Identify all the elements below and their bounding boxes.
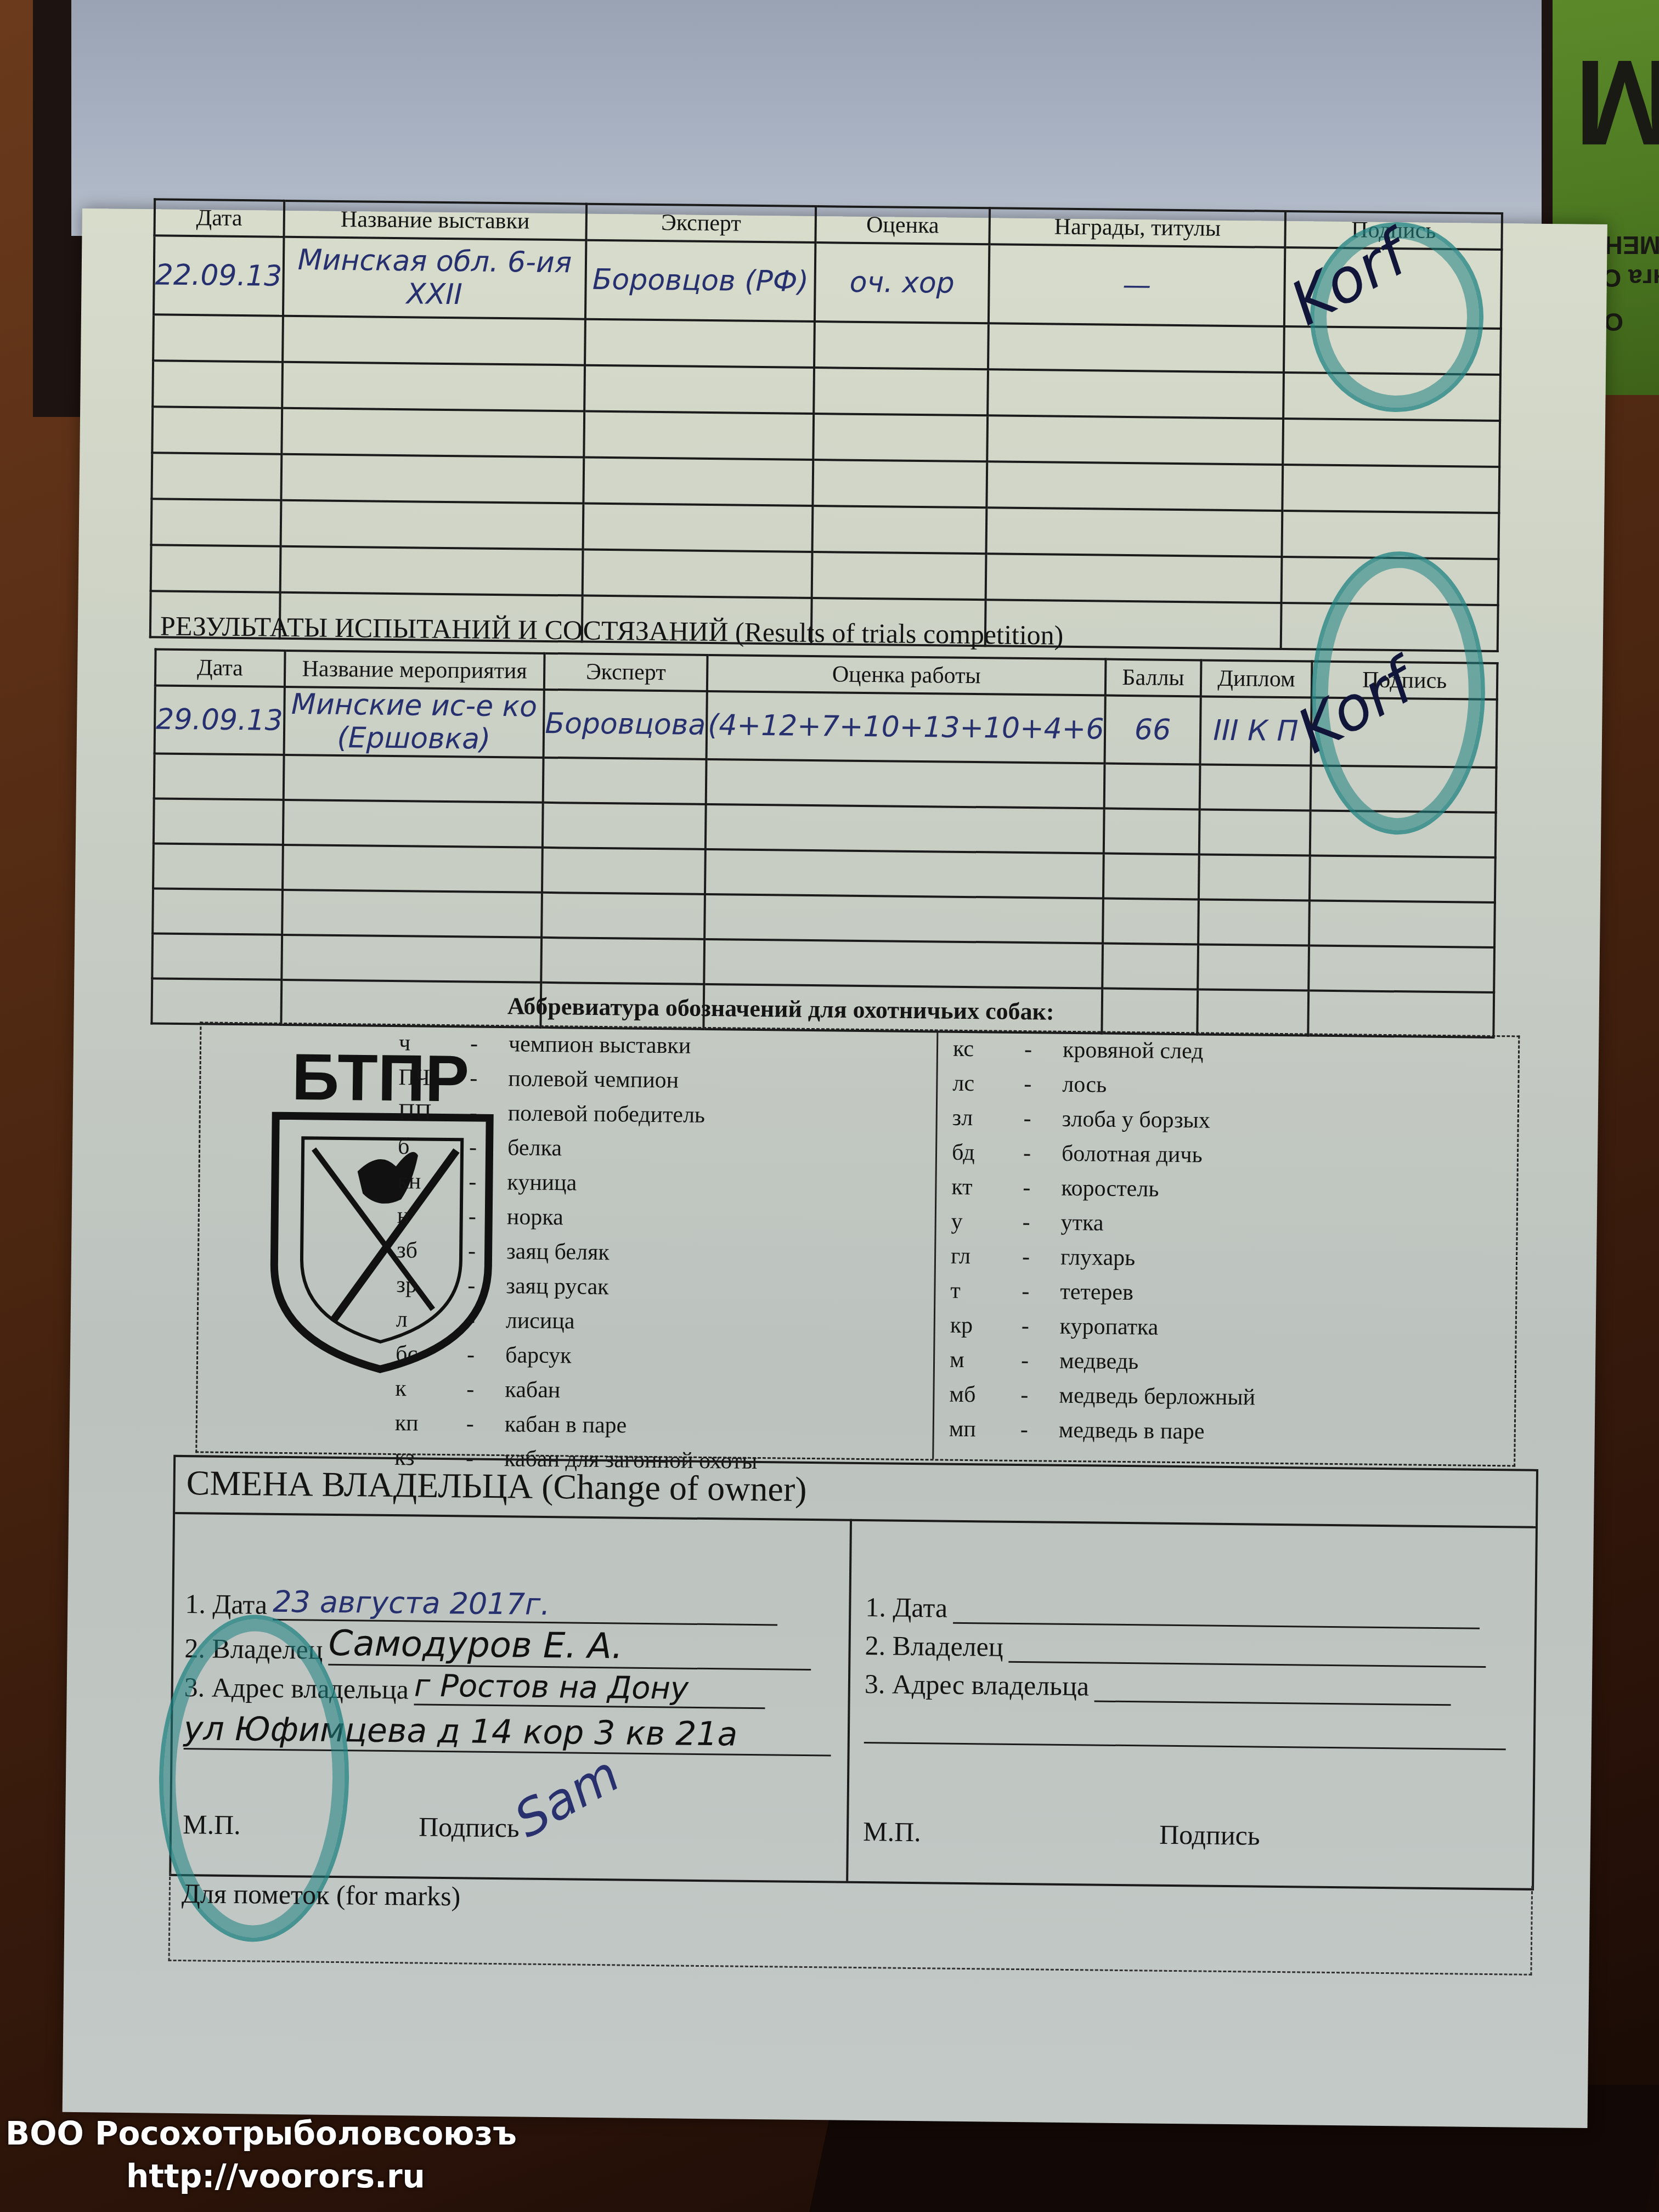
abbreviation-code: кн: [397, 1168, 469, 1195]
cell-date: [154, 798, 283, 844]
abbreviation-code: мп: [949, 1415, 1020, 1442]
cell-awards: [986, 461, 1283, 511]
cell-show-name: [281, 454, 584, 504]
abbreviation-item: у-утка: [951, 1204, 1257, 1242]
cell-date: 22.09.13: [154, 235, 284, 315]
right-signature-label: Подпись: [1159, 1819, 1260, 1852]
abbreviation-item: мп-медведь в паре: [949, 1412, 1255, 1449]
cell-event: [282, 890, 543, 938]
abbreviation-meaning: медведь: [1059, 1347, 1139, 1375]
cell-work-grade: [704, 894, 1103, 944]
abbreviation-meaning: тетерев: [1060, 1278, 1133, 1305]
dash: -: [1022, 1244, 1060, 1271]
col-work-grade: Оценка работы: [707, 655, 1106, 696]
dash: -: [467, 1341, 505, 1368]
abbreviation-item: зб-заяц беляк: [397, 1233, 760, 1271]
cell-points: [1102, 989, 1198, 1035]
abbreviation-item: лс-лось: [952, 1066, 1259, 1104]
cell-date: [153, 360, 282, 408]
left-signature-label: Подпись: [419, 1811, 520, 1844]
abbreviation-item: кн-куница: [397, 1164, 760, 1202]
cell-expert: [584, 411, 814, 460]
dash: -: [470, 1065, 508, 1092]
dash: -: [1022, 1209, 1060, 1236]
col-grade: Оценка: [816, 206, 990, 244]
cell-date: [151, 453, 281, 500]
divider: [175, 1512, 1536, 1528]
dash: -: [1022, 1313, 1060, 1340]
cell-show-name: [280, 546, 583, 596]
left-date-value: 23 августа 2017г.: [273, 1584, 778, 1626]
abbreviation-code: н: [397, 1203, 469, 1229]
abbreviation-code: к: [395, 1375, 466, 1402]
abbreviation-code: гл: [951, 1243, 1022, 1269]
cell-show-name: [282, 362, 585, 411]
abbreviation-meaning: барсук: [505, 1342, 572, 1369]
cell-date: [152, 933, 281, 979]
abbreviation-item: кт-коростель: [951, 1170, 1257, 1207]
dash: -: [468, 1238, 506, 1265]
right-date-value: [953, 1592, 1480, 1629]
abbreviation-item: бс-барсук: [396, 1336, 759, 1375]
abbreviation-meaning: лось: [1062, 1071, 1107, 1098]
abbreviation-item: кр-куропатка: [950, 1308, 1256, 1346]
dash: -: [1024, 1036, 1063, 1063]
abbreviation-code: мб: [949, 1381, 1020, 1408]
abbreviation-meaning: утка: [1060, 1209, 1103, 1236]
cell-signature: [1283, 419, 1500, 467]
cell-event: [283, 800, 543, 848]
abbreviation-code: зб: [397, 1237, 468, 1264]
cell-work-grade: [705, 849, 1104, 899]
abbreviation-item: гл-глухарь: [951, 1239, 1257, 1277]
cell-expert: [543, 803, 706, 849]
abbreviation-meaning: болотная дичь: [1062, 1140, 1203, 1168]
pedigree-document-page: Дата Название выставки Эксперт Оценка На…: [63, 208, 1607, 2128]
abbreviation-item: кп-кабан в паре: [395, 1406, 758, 1444]
cell-diploma: [1199, 809, 1311, 855]
abbreviation-code: т: [950, 1277, 1022, 1304]
cell-show-name: [281, 408, 584, 458]
dash: -: [470, 1030, 509, 1057]
col-diploma: Диплом: [1200, 660, 1312, 697]
abbreviation-code: зл: [952, 1104, 1023, 1131]
abbreviation-code: у: [951, 1208, 1023, 1235]
abbreviation-item: к-кабан: [395, 1371, 758, 1409]
cell-event: [283, 845, 543, 893]
left-address-line1: г Ростов на Дону: [414, 1668, 766, 1709]
dash: -: [466, 1376, 505, 1403]
abbreviation-item: л-лисица: [396, 1302, 759, 1340]
abbreviation-item: ПП-полевой победитель: [398, 1094, 761, 1133]
abbreviation-meaning: глухарь: [1060, 1244, 1136, 1271]
abbreviation-code: ч: [399, 1030, 470, 1057]
watermark: ВОО Росохотрыболовсоюзъ http://voorors.r…: [5, 2112, 517, 2198]
cell-date: [153, 843, 283, 889]
right-owner-field: 2. Владелец: [865, 1629, 1486, 1668]
abbreviation-code: м: [950, 1346, 1021, 1373]
abbreviation-meaning: куница: [507, 1169, 577, 1196]
cell-expert: Боровцов (РФ): [585, 240, 815, 321]
cell-event: [281, 980, 541, 1028]
abbreviation-item: зл-злоба у борзых: [952, 1101, 1258, 1138]
dash: -: [1020, 1417, 1059, 1443]
left-owner-value: Самодуров Е. А.: [328, 1623, 811, 1671]
abbreviation-meaning: заяц русак: [506, 1273, 609, 1300]
abbreviation-meaning: куропатка: [1060, 1313, 1159, 1340]
cell-grade: [814, 368, 988, 415]
dash: -: [1021, 1347, 1059, 1374]
cell-show-name: Минская обл. 6-ия XXII: [283, 237, 586, 319]
abbreviation-code: ПП: [398, 1099, 470, 1126]
abbreviation-meaning: коростель: [1061, 1175, 1159, 1202]
cell-grade: [814, 321, 989, 369]
cell-date: [151, 499, 281, 546]
abbreviation-meaning: полевой победитель: [508, 1100, 706, 1128]
cell-grade: оч. хор: [815, 242, 989, 323]
abbreviation-code: кр: [950, 1312, 1022, 1339]
cell-expert: [583, 504, 813, 552]
abbreviation-item: бд-болотная дичь: [952, 1135, 1258, 1173]
divider: [846, 1519, 852, 1881]
cell-date: [152, 407, 281, 454]
change-of-owner-title: СМЕНА ВЛАДЕЛЬЦА (Change of owner): [186, 1463, 807, 1510]
col-show-name: Название выставки: [284, 201, 586, 240]
cell-expert: [541, 938, 705, 984]
cell-date: [151, 978, 281, 1024]
abbreviation-code: кс: [953, 1035, 1024, 1062]
abbreviation-meaning: чемпион выставки: [509, 1031, 691, 1059]
cell-date: [154, 753, 284, 799]
cell-signature: [1283, 465, 1500, 513]
cell-diploma: [1199, 764, 1311, 810]
abbreviation-meaning: кровяной след: [1063, 1036, 1204, 1064]
cell-signature: [1310, 856, 1496, 903]
cell-awards: [987, 415, 1283, 465]
right-date-field: 1. Дата: [865, 1590, 1480, 1629]
abbreviation-code: зр: [396, 1272, 467, 1299]
abbreviation-item: ч-чемпион выставки: [399, 1025, 762, 1064]
cell-date: 29.09.13: [155, 685, 285, 754]
cell-grade: [812, 552, 986, 600]
dash: -: [467, 1272, 506, 1299]
cell-expert: [543, 758, 707, 804]
marks-section: Для пометок (for marks): [168, 1872, 1533, 1976]
cell-diploma: [1198, 854, 1310, 900]
dash: -: [467, 1307, 506, 1334]
abbreviation-meaning: белка: [507, 1135, 562, 1161]
cell-expert: [584, 365, 814, 414]
abbreviation-item: м-медведь: [950, 1342, 1256, 1380]
cell-grade: [813, 414, 988, 461]
cell-work-grade: [706, 759, 1105, 809]
abbreviation-code: б: [398, 1133, 469, 1160]
abbreviations-box: ч-чемпион выставкиПЧ-полевой чемпионПП-п…: [195, 1022, 1520, 1466]
col-event-name: Название мероприятия: [284, 651, 544, 690]
cell-show-name: [283, 316, 585, 365]
cell-grade: [812, 506, 987, 554]
abbreviation-code: ПЧ: [398, 1064, 470, 1091]
abbreviation-item: ПЧ-полевой чемпион: [398, 1060, 761, 1098]
cell-expert: [585, 319, 815, 368]
cell-signature: [1308, 990, 1494, 1037]
dash: -: [1022, 1278, 1060, 1305]
dash: -: [469, 1203, 507, 1230]
abbreviation-code: бд: [952, 1139, 1023, 1166]
cell-awards: [986, 507, 1282, 557]
cell-points: [1103, 899, 1198, 945]
abbreviation-meaning: кабан: [505, 1376, 560, 1403]
right-address-line1: [1094, 1669, 1452, 1706]
dash: -: [469, 1169, 507, 1195]
cell-work-grade: [706, 804, 1104, 854]
watermark-url: http://voorors.ru: [5, 2155, 517, 2198]
abbreviation-code: л: [396, 1306, 467, 1333]
abbreviation-meaning: норка: [507, 1204, 563, 1231]
dash: -: [1023, 1105, 1062, 1132]
abbreviations-left-column: ч-чемпион выставкиПЧ-полевой чемпионПП-п…: [394, 1025, 762, 1479]
dash: -: [1024, 1071, 1062, 1098]
abbreviation-item: кс-кровяной след: [953, 1031, 1259, 1069]
cell-diploma: [1198, 899, 1310, 945]
abbreviations-right-column: кс-кровяной следлс-лосьзл-злоба у борзых…: [949, 1031, 1259, 1449]
col-awards: Награды, титулы: [989, 208, 1285, 247]
cell-date: [153, 314, 283, 362]
dash: -: [469, 1134, 507, 1161]
right-address-line2-field: [864, 1711, 1506, 1750]
abbreviation-code: лс: [952, 1070, 1024, 1097]
signature-mark: Sam: [505, 1745, 629, 1849]
col-expert: Эксперт: [544, 653, 707, 691]
cell-diploma: [1198, 944, 1310, 990]
cell-points: 66: [1105, 696, 1201, 765]
cell-awards: [986, 554, 1282, 603]
cell-diploma: [1197, 989, 1309, 1035]
change-of-owner-section: СМЕНА ВЛАДЕЛЬЦА (Change of owner) 1. Дат…: [169, 1455, 1538, 1891]
cell-work-grade: (4+12+7+10+13+10+4+6: [707, 691, 1106, 764]
cell-awards: [988, 369, 1284, 419]
cell-show-name: [280, 500, 583, 550]
col-points: Баллы: [1105, 659, 1201, 697]
abbreviation-meaning: кабан в паре: [505, 1411, 627, 1438]
cell-signature: [1309, 945, 1495, 992]
cell-event: [283, 755, 544, 803]
cell-points: [1104, 764, 1200, 810]
column-divider: [932, 1031, 938, 1459]
dash: -: [466, 1410, 505, 1437]
dash: -: [1023, 1140, 1062, 1167]
right-address-line2: [864, 1711, 1506, 1750]
cell-date: [151, 545, 280, 592]
cell-points: [1102, 944, 1198, 990]
abbreviation-item: н-норка: [397, 1198, 760, 1237]
dash: -: [1020, 1382, 1059, 1409]
col-date: Дата: [155, 649, 285, 686]
abbreviation-item: мб-медведь берложный: [949, 1377, 1255, 1415]
abbreviations-title: Аббревиатура обозначений для охотничьих …: [507, 992, 1054, 1025]
col-expert: Эксперт: [586, 204, 816, 242]
abbreviation-code: кт: [951, 1173, 1023, 1200]
abbreviation-code: бс: [396, 1341, 467, 1368]
cell-expert: [542, 848, 706, 894]
cell-awards: —: [989, 244, 1285, 326]
abbreviation-item: зр-заяц русак: [396, 1267, 759, 1306]
abbreviation-meaning: полевой чемпион: [508, 1065, 679, 1093]
cell-date: [153, 888, 282, 934]
dash: -: [1023, 1175, 1061, 1201]
cell-work-grade: [704, 939, 1103, 989]
abbreviation-meaning: злоба у борзых: [1062, 1105, 1210, 1133]
cell-awards: [988, 323, 1284, 373]
cell-expert: [541, 893, 705, 939]
marks-label: Для пометок (for marks): [182, 1877, 461, 1912]
col-date: Дата: [154, 199, 284, 236]
abbreviation-item: б-белка: [398, 1129, 761, 1167]
right-seal-label: М.П.: [863, 1815, 921, 1848]
abbreviation-meaning: заяц беляк: [506, 1238, 610, 1266]
cell-event: [281, 935, 542, 983]
cell-grade: [813, 460, 988, 507]
cell-event: Минские ис-е ко (Ершовка): [284, 687, 544, 758]
cell-expert: Боровцова: [544, 690, 707, 759]
right-owner-value: [1008, 1630, 1486, 1668]
right-address-field: 3. Адрес владельца: [865, 1667, 1452, 1706]
watermark-org: ВОО Росохотрыболовсоюзъ: [5, 2112, 517, 2155]
abbreviation-meaning: медведь в паре: [1059, 1417, 1205, 1444]
cell-expert: [584, 458, 814, 506]
abbreviation-code: кп: [395, 1410, 466, 1437]
abbreviation-item: т-тетерев: [950, 1273, 1256, 1311]
cell-points: [1104, 809, 1199, 855]
abbreviation-meaning: медведь берложный: [1059, 1382, 1255, 1410]
abbreviation-meaning: лисица: [506, 1307, 575, 1334]
dash: -: [470, 1099, 508, 1126]
cell-signature: [1309, 900, 1495, 947]
cell-expert: [583, 550, 812, 598]
cell-points: [1103, 854, 1199, 900]
